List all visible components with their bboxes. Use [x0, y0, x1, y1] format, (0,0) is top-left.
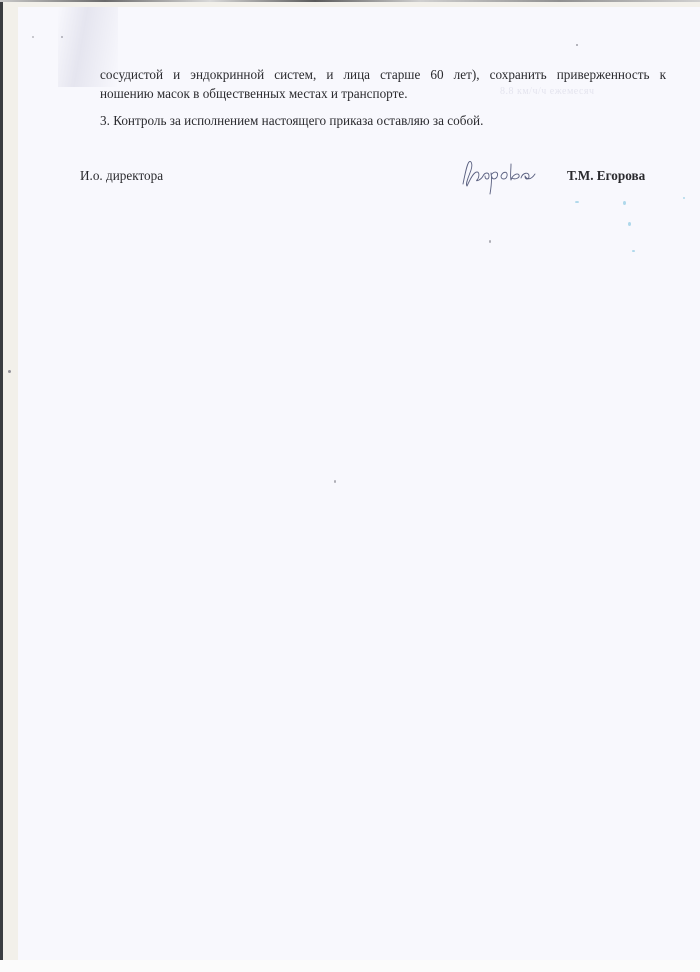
stamp-residue-speck — [575, 201, 579, 203]
scan-speck — [576, 44, 578, 46]
scanner-edge-top — [0, 0, 700, 2]
paragraph-line-2: ношению масок в общественных местах и тр… — [100, 84, 666, 103]
paragraph-line-1: сосудистой и эндокринной систем, и лица … — [100, 65, 666, 84]
stamp-residue-speck — [628, 222, 631, 226]
stamp-residue-speck — [632, 250, 635, 252]
signatory-role: И.о. директора — [80, 166, 163, 185]
scan-bottom-margin — [0, 960, 700, 972]
scanned-page: 8.8 км/ч/ч ежемесяч сосудистой и эндокри… — [0, 0, 700, 972]
signatory-name: Т.М. Егорова — [567, 166, 645, 185]
scanner-edge-left — [0, 0, 3, 972]
scan-speck — [334, 480, 336, 483]
scan-speck — [32, 36, 34, 38]
handwritten-signature — [455, 156, 545, 196]
stamp-residue-speck — [683, 197, 685, 199]
item-3-paragraph: 3. Контроль за исполнением настоящего пр… — [100, 111, 483, 130]
scan-speck — [61, 36, 63, 38]
scan-speck — [489, 240, 491, 243]
stamp-residue-speck — [623, 201, 626, 205]
paragraph-continuation: сосудистой и эндокринной систем, и лица … — [100, 65, 666, 103]
paper-sheet — [18, 7, 700, 960]
scan-speck — [8, 370, 11, 373]
